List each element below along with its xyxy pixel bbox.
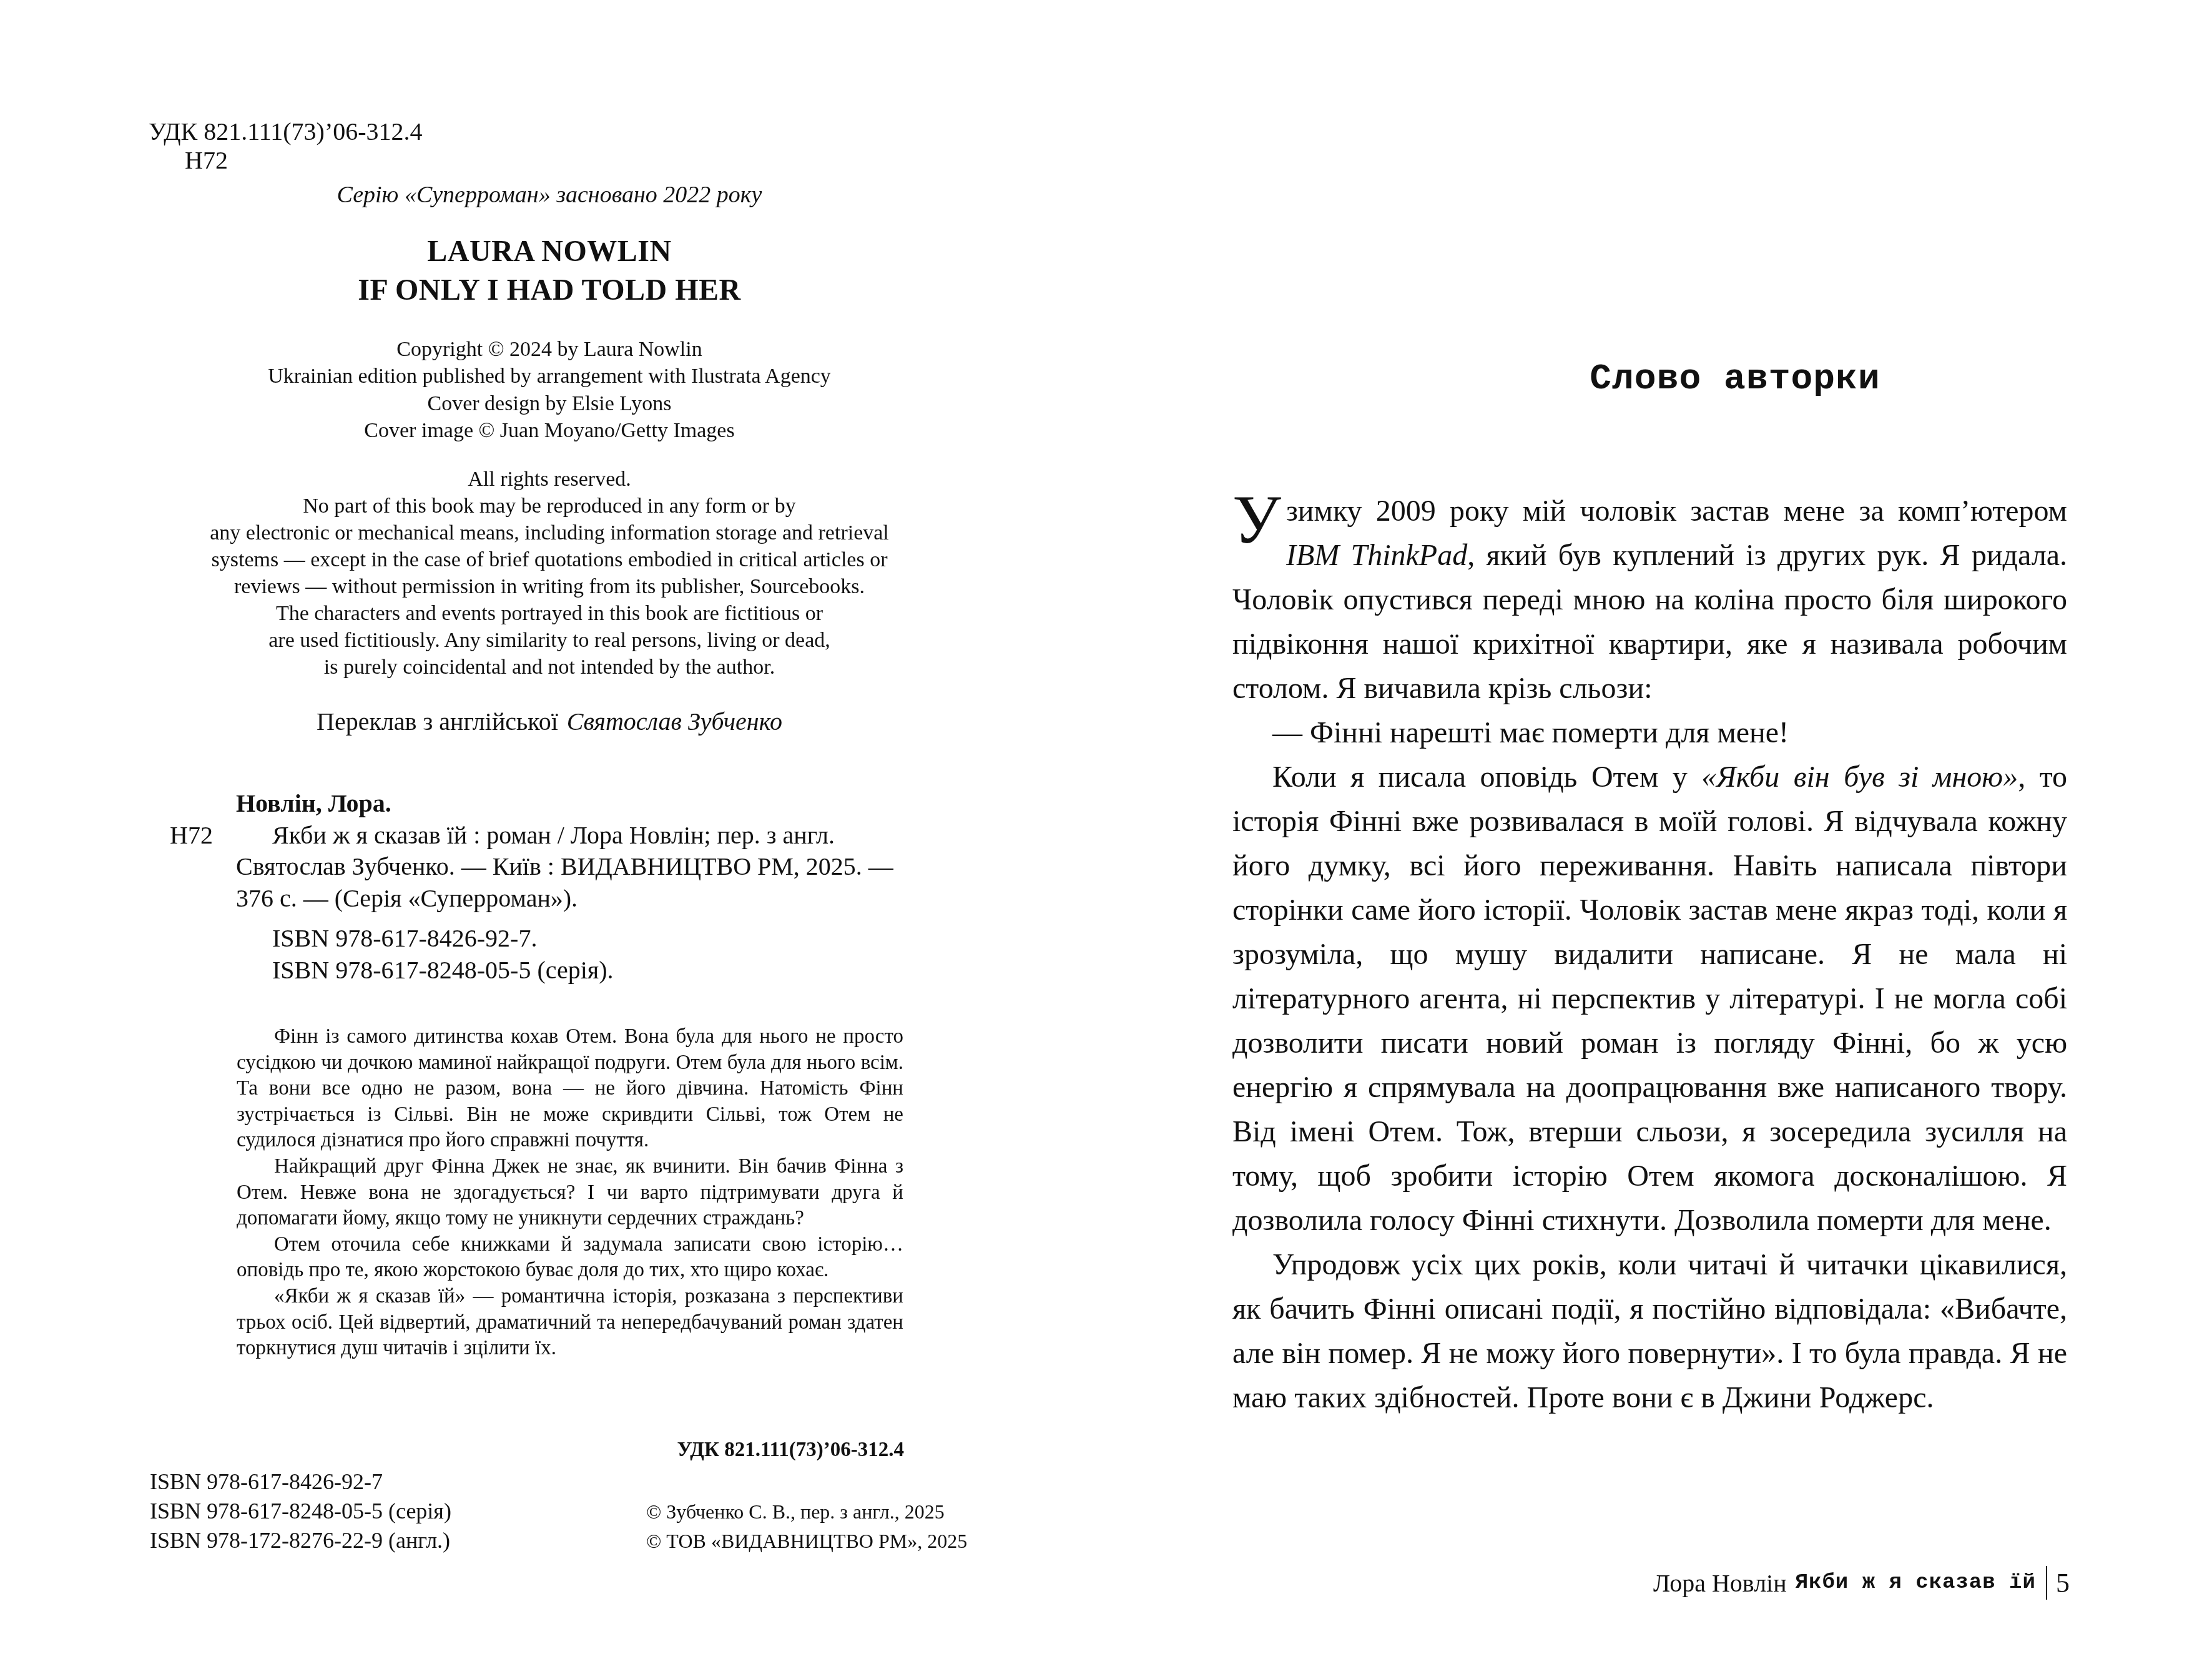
footer-author: Лора Новлін [1653,1568,1787,1598]
rights-line: No part of this book may be reproduced i… [150,493,949,519]
rights-line: systems — except in the case of brief qu… [150,546,949,573]
original-title-block: LAURA NOWLIN IF ONLY I HAD TOLD HER [150,232,949,310]
copyright-notice: © ТОВ «ВИДАВНИЦТВО РМ», 2025 [646,1527,967,1556]
isbn-line: ISBN 978-617-8248-05-5 (серія) [150,1497,451,1526]
catalog-record: Новлін, Лора. Н72 Якби ж я сказав їй : р… [150,788,905,986]
translator-name: Святослав Зубченко [567,707,782,736]
chapter-title: Слово авторки [1106,359,2212,400]
original-title: IF ONLY I HAD TOLD HER [150,271,949,310]
catalog-author: Новлін, Лора. [150,788,905,820]
copyright-notice: © Зубченко С. В., пер. з англ., 2025 [646,1497,967,1527]
blurb-paragraph: Найкращий друг Фінна Джек не знає, як вч… [237,1154,903,1232]
copyright-block: Copyright © 2024 by Laura Nowlin Ukraini… [150,336,949,445]
page-number: 5 [2056,1567,2070,1599]
body-text-run: Коли я писала оповідь Отем у [1272,761,1701,794]
blurb-paragraph: «Якби ж я сказав їй» — романтична історі… [237,1284,903,1362]
catalog-line: Святослав Зубченко. — Київ : ВИДАВНИЦТВО… [150,851,905,883]
body-paragraph: — Фінні нарешті має померти для мене! [1232,711,2067,755]
series-note: Серію «Суперроман» засновано 2022 року [150,181,949,209]
catalog-isbn: ISBN 978-617-8248-05-5 (серія). [150,955,905,987]
body-paragraph: Узимку 2009 року мій чоловік застав мене… [1232,489,2067,711]
isbn-line: ISBN 978-617-8426-92-7 [150,1467,451,1497]
copyright-line: Copyright © 2024 by Laura Nowlin [150,336,949,363]
body-italic-run: «Якби він був зі мною» [1701,761,2018,794]
rights-line: is purely coincidental and not intended … [150,654,949,681]
copyright-notices: © Зубченко С. В., пер. з англ., 2025 © Т… [646,1497,967,1556]
blurb-udk-code: УДК 821.111(73)’06-312.4 [150,1439,904,1462]
translator-label: Переклав з англійської [317,707,558,736]
blurb-paragraph: Отем оточила себе книжками й задумала за… [237,1232,903,1284]
body-paragraph: Упродовж усіх цих років, коли читачі й ч… [1232,1243,2067,1420]
copyright-line: Cover design by Elsie Lyons [150,390,949,417]
rights-line: All rights reserved. [150,466,949,493]
annotation-blurb: Фінн із самого дитинства кохав Отем. Вон… [237,1024,903,1362]
rights-notice: All rights reserved. No part of this boo… [150,466,949,681]
body-paragraph: Коли я писала оповідь Отем у «Якби він б… [1232,755,2067,1243]
rights-line: reviews — without permission in writing … [150,573,949,600]
footer-separator [2046,1566,2047,1600]
udk-classification: УДК 821.111(73)’06-312.4 Н72 [149,117,423,175]
original-author: LAURA NOWLIN [150,232,949,271]
rights-line: The characters and events portrayed in t… [150,600,949,627]
isbn-line: ISBN 978-172-8276-22-9 (англ.) [150,1526,451,1555]
right-page-foreword: Слово авторки Узимку 2009 року мій чолов… [1106,0,2212,1659]
running-footer: Лора Новлін Якби ж я сказав їй 5 [1653,1564,2070,1602]
catalog-isbn: ISBN 978-617-8426-92-7. [150,923,905,955]
body-italic-run: IBM ThinkPad [1286,539,1467,572]
catalog-line: 376 с. — (Серія «Суперроман»). [150,883,905,915]
foreword-body: Узимку 2009 року мій чоловік застав мене… [1232,489,2067,1420]
copyright-line: Ukrainian edition published by arrangeme… [150,363,949,390]
chapter-title-text: Слово авторки [1590,359,1880,400]
rights-line: are used fictitiously. Any similarity to… [150,627,949,654]
footer-book-title: Якби ж я сказав їй [1796,1571,2036,1595]
udk-code: УДК 821.111(73)’06-312.4 [149,117,423,145]
copyright-line: Cover image © Juan Moyano/Getty Images [150,417,949,444]
blurb-paragraph: Фінн із самого дитинства кохав Отем. Вон… [237,1024,903,1154]
translator-credit: Переклав з англійськоїСвятослав Зубченко [150,707,949,736]
body-text-run: , то історія Фінні вже розвивалася в мої… [1232,761,2067,1237]
catalog-line: Н72 Якби ж я сказав їй : роман / Лора Но… [150,820,905,852]
isbn-list: ISBN 978-617-8426-92-7 ISBN 978-617-8248… [150,1467,451,1555]
body-text-run: зимку 2009 року мій чоловік застав мене … [1286,495,2067,528]
left-page-imprint: УДК 821.111(73)’06-312.4 Н72 Серію «Супе… [0,0,1106,1659]
author-mark-code: Н72 [149,146,423,175]
drop-cap: У [1232,490,1281,546]
catalog-title-line: Якби ж я сказав їй : роман / Лора Новлін… [272,821,835,849]
rights-line: any electronic or mechanical means, incl… [150,519,949,546]
catalog-code: Н72 [170,820,213,852]
